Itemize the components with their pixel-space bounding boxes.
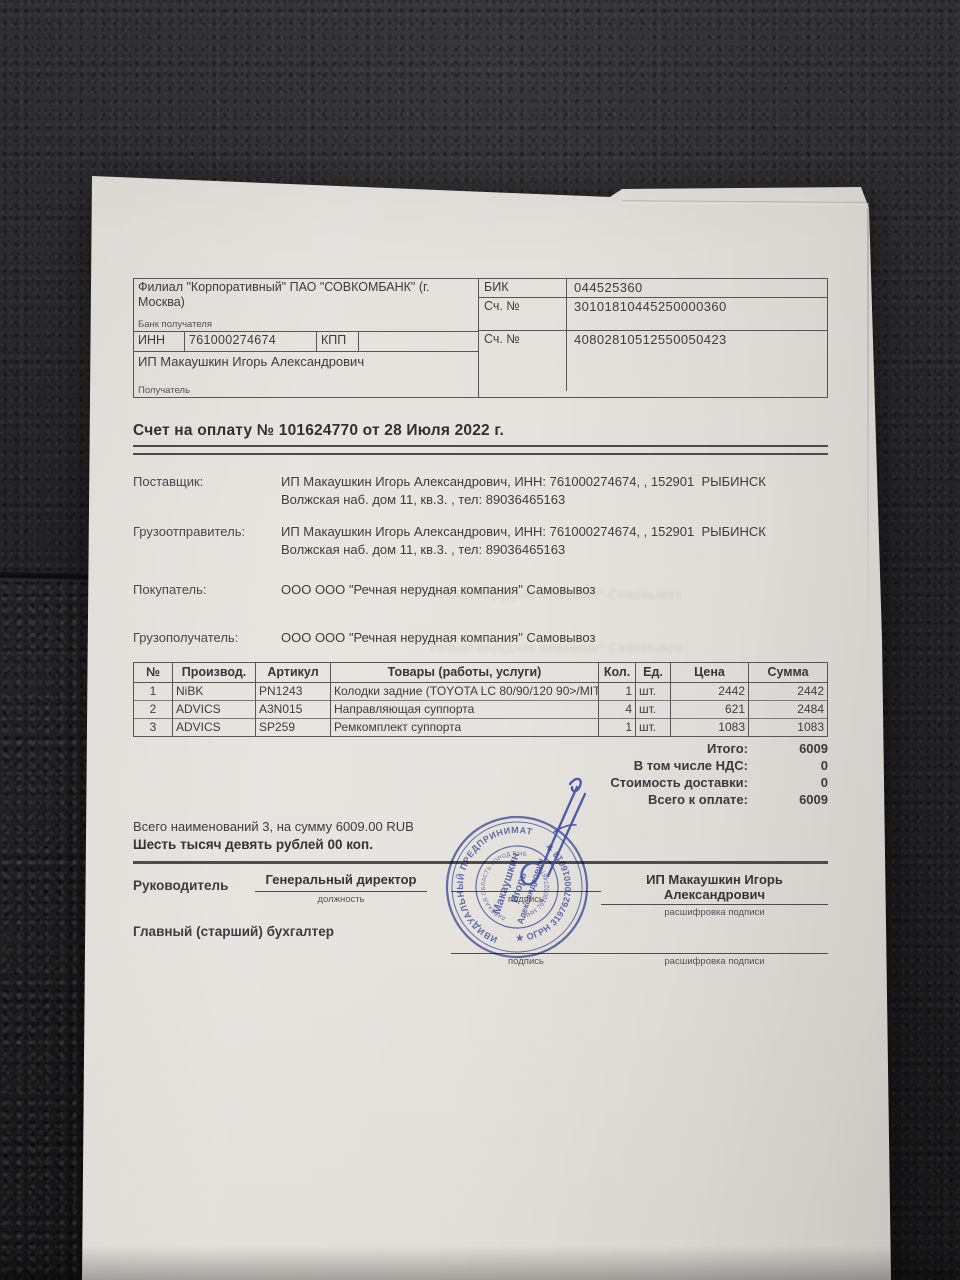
account-label: Сч. № xyxy=(479,331,567,391)
head-name: ИП Макаушкин Игорь Александрович xyxy=(601,872,828,905)
item-cell: 2484 xyxy=(749,701,827,719)
parties-block: Поставщик: ИП Макаушкин Игорь Александро… xyxy=(133,473,828,647)
head-label: Руководитель xyxy=(133,878,228,893)
bank-caption: Банк получателя xyxy=(138,319,212,330)
party-row-buyer: Покупатель: ООО ООО "Речная нерудная ком… xyxy=(133,581,828,599)
item-cell: A3N015 xyxy=(256,701,331,719)
item-cell: 1 xyxy=(134,683,173,701)
photo-bottom-shadow xyxy=(0,1246,960,1280)
head-position: Генеральный директор xyxy=(255,872,427,892)
head-name-box: ИП Макаушкин Игорь Александрович расшифр… xyxy=(601,872,828,918)
name-caption: расшифровка подписи xyxy=(601,956,828,967)
shipper-label: Грузоотправитель: xyxy=(133,523,281,559)
col-header-sum: Сумма xyxy=(749,663,827,683)
kpp-label: КПП xyxy=(317,332,359,351)
item-cell: Ремкомплект суппорта xyxy=(331,719,599,736)
corr-account-value: 30101810445250000360 xyxy=(567,298,827,330)
supplier-value: ИП Макаушкин Игорь Александрович, ИНН: 7… xyxy=(281,473,786,509)
head-position-box: Генеральный директор должность xyxy=(255,872,427,905)
accountant-label: Главный (старший) бухгалтер xyxy=(133,924,334,939)
item-cell: SP259 xyxy=(256,719,331,736)
total-value: 0 xyxy=(748,775,828,792)
position-caption: должность xyxy=(255,894,427,905)
party-row-shipper: Грузоотправитель: ИП Макаушкин Игорь Але… xyxy=(133,523,828,559)
bik-row: БИК 044525360 xyxy=(479,279,827,298)
item-cell: шт. xyxy=(636,701,671,719)
item-cell: ADVICS xyxy=(173,701,256,719)
consignee-value: ООО ООО "Речная нерудная компания" Самов… xyxy=(281,629,786,647)
totals-block: Итого: 6009 В том числе НДС: 0 Стоимость… xyxy=(133,741,828,809)
recipient-caption: Получатель xyxy=(138,385,190,396)
item-cell: 2 xyxy=(134,701,173,719)
bank-details-table: Филиал "Корпоративный" ПАО "СОВКОМБАНК" … xyxy=(133,278,828,398)
invoice-title: Счет на оплату № 101624770 от 28 Июля 20… xyxy=(133,422,828,440)
bank-name-cell: Филиал "Корпоративный" ПАО "СОВКОМБАНК" … xyxy=(134,279,478,332)
recipient-name: ИП Макаушкин Игорь Александрович xyxy=(138,354,474,369)
bank-name: Филиал "Корпоративный" ПАО "СОВКОМБАНК" … xyxy=(138,280,474,310)
item-cell: NiBK xyxy=(173,683,256,701)
supplier-label: Поставщик: xyxy=(133,473,281,509)
photo-stage: Речная нерудная компания" Самовывоз Речн… xyxy=(0,0,960,1280)
name-caption: расшифровка подписи xyxy=(601,907,828,918)
account-value: 40802810512550050423 xyxy=(567,331,827,391)
account-row: Сч. № 40802810512550050423 xyxy=(479,331,827,391)
col-header-num: № xyxy=(134,663,173,683)
col-header-unit: Ед. xyxy=(636,663,671,683)
corr-account-label: Сч. № xyxy=(479,298,567,330)
corr-account-row: Сч. № 30101810445250000360 xyxy=(479,298,827,331)
total-label: Итого: xyxy=(133,741,748,758)
total-value: 6009 xyxy=(748,792,828,809)
bik-value: 044525360 xyxy=(567,279,827,297)
item-cell: 2442 xyxy=(749,683,827,701)
party-row-supplier: Поставщик: ИП Макаушкин Игорь Александро… xyxy=(133,473,828,509)
item-cell: Направляющая суппорта xyxy=(331,701,599,719)
shipper-value: ИП Макаушкин Игорь Александрович, ИНН: 7… xyxy=(281,523,786,559)
total-row: Итого: 6009 xyxy=(133,741,828,758)
total-label: Стоимость доставки: xyxy=(133,775,748,792)
total-row: Стоимость доставки: 0 xyxy=(133,775,828,792)
item-cell: шт. xyxy=(636,683,671,701)
recipient-cell: ИП Макаушкин Игорь Александрович Получат… xyxy=(134,352,478,397)
col-header-price: Цена xyxy=(671,663,749,683)
accountant-name-line xyxy=(601,934,828,954)
party-row-consignee: Грузополучатель: ООО ООО "Речная нерудна… xyxy=(133,629,828,647)
item-cell: 2442 xyxy=(671,683,749,701)
col-header-article: Артикул xyxy=(256,663,331,683)
item-cell: ADVICS xyxy=(173,719,256,736)
inn-label: ИНН xyxy=(134,332,185,351)
item-cell: 621 xyxy=(671,701,749,719)
consignee-label: Грузополучатель: xyxy=(133,629,281,647)
buyer-label: Покупатель: xyxy=(133,581,281,599)
item-cell: Колодки задние (TOYOTA LC 80/90/120 90>/… xyxy=(331,683,599,701)
items-table: № Производ. Артикул Товары (работы, услу… xyxy=(133,662,828,737)
item-cell: 1083 xyxy=(671,719,749,736)
item-cell: 1 xyxy=(599,719,636,736)
total-label: В том числе НДС: xyxy=(133,758,748,775)
item-cell: 4 xyxy=(599,701,636,719)
total-row: В том числе НДС: 0 xyxy=(133,758,828,775)
accountant-name-box: расшифровка подписи xyxy=(601,934,828,967)
inn-kpp-row: ИНН 761000274674 КПП xyxy=(134,332,478,352)
total-value: 6009 xyxy=(748,741,828,758)
item-cell: 3 xyxy=(134,719,173,736)
item-cell: 1083 xyxy=(749,719,827,736)
col-header-goods: Товары (работы, услуги) xyxy=(331,663,599,683)
kpp-value xyxy=(359,332,478,351)
item-cell: PN1243 xyxy=(256,683,331,701)
buyer-value: ООО ООО "Речная нерудная компания" Самов… xyxy=(281,581,786,599)
col-header-maker: Производ. xyxy=(173,663,256,683)
item-cell: шт. xyxy=(636,719,671,736)
item-cell: 1 xyxy=(599,683,636,701)
signature-ink xyxy=(482,772,632,912)
total-value: 0 xyxy=(748,758,828,775)
title-rule xyxy=(133,445,828,455)
col-header-qty: Кол. xyxy=(599,663,636,683)
inn-value: 761000274674 xyxy=(185,332,317,351)
bik-label: БИК xyxy=(479,279,567,297)
back-sheet-edge-line-vertical xyxy=(867,208,869,648)
